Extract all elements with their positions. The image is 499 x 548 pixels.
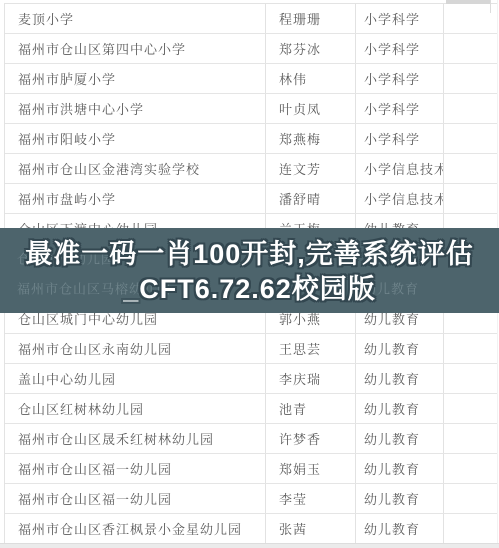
cell-subject-6[interactable]: 小学信息技术 (356, 154, 444, 183)
cell-school-7[interactable]: 福州市盘屿小学 (5, 184, 266, 213)
cell-empty-3[interactable] (444, 64, 498, 93)
cell-teacher-13[interactable]: 李庆瑞 (266, 364, 356, 393)
spreadsheet-screen: 麦顶小学程珊珊小学科学福州市仓山区第四中心小学郑芬冰小学科学福州市胪厦小学林伟小… (0, 0, 499, 548)
watermark-line2: _CFT6.72.62校园版 (123, 273, 376, 306)
cell-school-6[interactable]: 福州市仓山区金港湾实验学校 (5, 154, 266, 183)
table-row: 仓山区红树林幼儿园池青幼儿教育 (5, 394, 498, 424)
cell-empty-5[interactable] (444, 124, 498, 153)
cell-teacher-18[interactable]: 张茜 (266, 514, 356, 543)
bottom-strip (0, 543, 499, 548)
cell-empty-2[interactable] (444, 34, 498, 63)
table-row: 麦顶小学程珊珊小学科学 (5, 4, 498, 34)
cell-teacher-3[interactable]: 林伟 (266, 64, 356, 93)
scrollbar-tick (490, 0, 491, 13)
cell-teacher-2[interactable]: 郑芬冰 (266, 34, 356, 63)
cell-subject-12[interactable]: 幼儿教育 (356, 334, 444, 363)
cell-empty-7[interactable] (444, 184, 498, 213)
cell-empty-13[interactable] (444, 364, 498, 393)
cell-teacher-15[interactable]: 许梦香 (266, 424, 356, 453)
table-row: 福州市胪厦小学林伟小学科学 (5, 64, 498, 94)
table-row: 福州市仓山区第四中心小学郑芬冰小学科学 (5, 34, 498, 64)
cell-school-5[interactable]: 福州市阳岐小学 (5, 124, 266, 153)
cell-subject-18[interactable]: 幼儿教育 (356, 514, 444, 543)
table-row: 福州市仓山区福一幼儿园郑娟玉幼儿教育 (5, 454, 498, 484)
cell-subject-1[interactable]: 小学科学 (356, 4, 444, 33)
cell-teacher-7[interactable]: 潘舒晴 (266, 184, 356, 213)
cell-school-4[interactable]: 福州市洪塘中心小学 (5, 94, 266, 123)
cell-school-18[interactable]: 福州市仓山区香江枫景小金星幼儿园 (5, 514, 266, 543)
cell-school-15[interactable]: 福州市仓山区晟禾红树林幼儿园 (5, 424, 266, 453)
cell-school-12[interactable]: 福州市仓山区永南幼儿园 (5, 334, 266, 363)
cell-teacher-14[interactable]: 池青 (266, 394, 356, 423)
cell-subject-13[interactable]: 幼儿教育 (356, 364, 444, 393)
cell-subject-17[interactable]: 幼儿教育 (356, 484, 444, 513)
cell-school-3[interactable]: 福州市胪厦小学 (5, 64, 266, 93)
cell-empty-14[interactable] (444, 394, 498, 423)
table-row: 福州市仓山区香江枫景小金星幼儿园张茜幼儿教育 (5, 514, 498, 544)
table-row: 福州市仓山区晟禾红树林幼儿园许梦香幼儿教育 (5, 424, 498, 454)
cell-empty-17[interactable] (444, 484, 498, 513)
cell-school-2[interactable]: 福州市仓山区第四中心小学 (5, 34, 266, 63)
cell-school-13[interactable]: 盖山中心幼儿园 (5, 364, 266, 393)
cell-subject-2[interactable]: 小学科学 (356, 34, 444, 63)
cell-teacher-1[interactable]: 程珊珊 (266, 4, 356, 33)
cell-school-1[interactable]: 麦顶小学 (5, 4, 266, 33)
table-row: 福州市洪塘中心小学叶贞凤小学科学 (5, 94, 498, 124)
cell-school-17[interactable]: 福州市仓山区福一幼儿园 (5, 484, 266, 513)
table-row: 福州市盘屿小学潘舒晴小学信息技术 (5, 184, 498, 214)
cell-subject-15[interactable]: 幼儿教育 (356, 424, 444, 453)
cell-teacher-6[interactable]: 连文芳 (266, 154, 356, 183)
table-row: 福州市仓山区永南幼儿园王思芸幼儿教育 (5, 334, 498, 364)
watermark-overlay[interactable]: 仓山中心幼儿园幼儿教育福州市仓山区马榕幼儿园幼儿教育 最准一码一肖100开封,完… (0, 228, 499, 313)
cell-teacher-4[interactable]: 叶贞凤 (266, 94, 356, 123)
cell-teacher-17[interactable]: 李莹 (266, 484, 356, 513)
table-row: 福州市阳岐小学郑燕梅小学科学 (5, 124, 498, 154)
cell-empty-4[interactable] (444, 94, 498, 123)
cell-subject-3[interactable]: 小学科学 (356, 64, 444, 93)
cell-empty-15[interactable] (444, 424, 498, 453)
cell-subject-4[interactable]: 小学科学 (356, 94, 444, 123)
cell-teacher-12[interactable]: 王思芸 (266, 334, 356, 363)
cell-empty-18[interactable] (444, 514, 498, 543)
cell-empty-6[interactable] (444, 154, 498, 183)
cell-empty-12[interactable] (444, 334, 498, 363)
cell-school-16[interactable]: 福州市仓山区福一幼儿园 (5, 454, 266, 483)
table-row: 盖山中心幼儿园李庆瑞幼儿教育 (5, 364, 498, 394)
cell-subject-16[interactable]: 幼儿教育 (356, 454, 444, 483)
cell-subject-7[interactable]: 小学信息技术 (356, 184, 444, 213)
watermark-line1: 最准一码一肖100开封,完善系统评估 (25, 238, 474, 271)
cell-subject-5[interactable]: 小学科学 (356, 124, 444, 153)
top-scrollbar-thumb[interactable] (446, 0, 491, 4)
cell-school-14[interactable]: 仓山区红树林幼儿园 (5, 394, 266, 423)
cell-empty-16[interactable] (444, 454, 498, 483)
cell-subject-14[interactable]: 幼儿教育 (356, 394, 444, 423)
cell-teacher-16[interactable]: 郑娟玉 (266, 454, 356, 483)
table-row: 福州市仓山区金港湾实验学校连文芳小学信息技术 (5, 154, 498, 184)
cell-teacher-5[interactable]: 郑燕梅 (266, 124, 356, 153)
table-row: 福州市仓山区福一幼儿园李莹幼儿教育 (5, 484, 498, 514)
